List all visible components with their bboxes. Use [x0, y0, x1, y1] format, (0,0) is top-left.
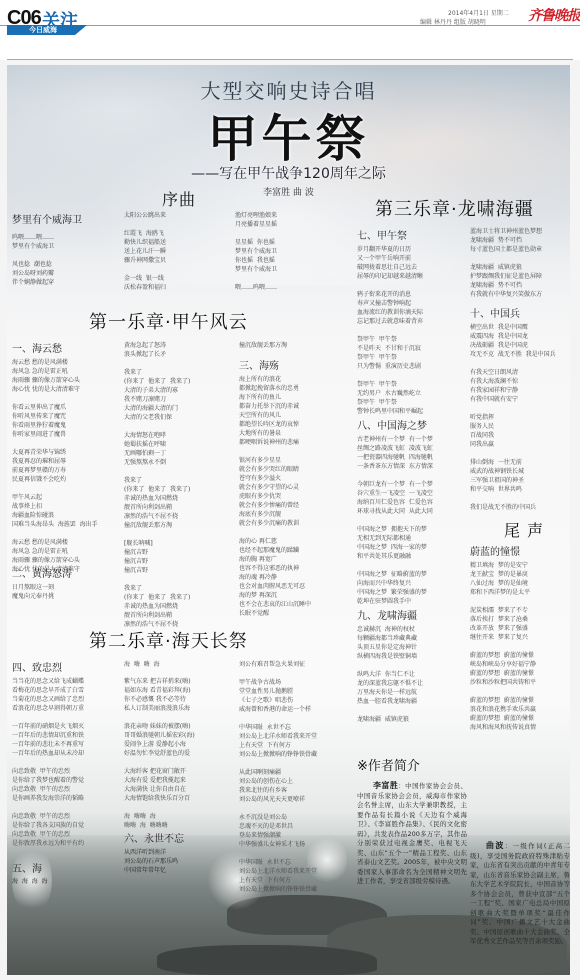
header-bottom-rule [7, 59, 573, 60]
chapter2-title: 第二乐章·海天长祭 [89, 627, 248, 653]
prelude-verse-3: 渔灯亮哩渔娘来 月亮播着星星摇 星星摇 你也摇 梦里有个威海卫 你也摇 我也摇 … [235, 211, 277, 292]
author-name: 李富胜 [373, 781, 398, 790]
section1-verse: 海云愁 愁的是风满楼 海风急 急的是雷正吼 海雨骤 骤的像万箭穿心头 海心忧 忧… [12, 358, 98, 574]
section3-heading: 三、海殇 [239, 357, 279, 372]
newspaper-logo: 齐鲁晚报 [528, 5, 580, 25]
section2-verse-end: 撞沉敌舰丢那方淘 [239, 341, 287, 350]
section4-heading: 四、致忠烈 [12, 659, 62, 674]
section4-verse: 当当花的思念又给飞成蝴蝶 看梅花的思念早开成了白雪 当菊花的思念又画给了忠烈 看… [12, 677, 84, 848]
subsection-tag: 今日威海 [7, 25, 87, 35]
prelude-verse-2: 太阳公公跳出来 红霞飞 海鸥飞 勤快儿织福船送 送上花儿汗一瞬 骤升神网撒宝贝 … [124, 211, 166, 292]
section2-heading: 二、黄海怒涛 [12, 565, 72, 580]
authors-intro-heading: ※作者简介 [357, 755, 420, 774]
chapter3-title: 第三乐章·龙啸海疆 [375, 195, 534, 221]
section8-verse: 古老神州有一个梦 有一个梦 丝绸之路凌波飞虹 凌波飞虹 一把瓷器四海驰帆 四海驰… [357, 435, 433, 606]
section9-verse: 忠诚赫沉 海神的权杖 每颗疆海都当珍藏典藏 头顶五星你是定海神针 纵横四海我是铁… [357, 625, 423, 724]
section8-heading: 八、中国海之梦 [357, 417, 427, 432]
author-bio-qu: 曲波：一级作词(正高二级)，享受国务院政府特殊津贴专家，山东省有突出贡献的中青年… [470, 841, 570, 947]
section6-verse-cont: 刘公有难召帮急火果刘征 甲午战争古战场 堂堂血性男儿抛鹅膛 《七子之歌》唱悲伤 … [239, 660, 317, 894]
section7-verse: 岁月翻开华夏的日历 又一个甲午岳响开前 破网拢着思壮自己远去 屈辱的印记却越来越… [357, 245, 423, 416]
section5-verse-cont: 紫气东来 把吉祥捎来(嗨) 福如东海 看青福彩拜(海) 你不必感慨 我不必等待 … [124, 677, 195, 830]
main-title: 甲午祭 [7, 99, 570, 171]
author-name: 曲波 [486, 841, 505, 850]
prelude-title: 序曲 [162, 187, 196, 210]
section3-verse: 海上所有的浪花 都掀起挽留落水的忠勇 海下所有的鱼儿 都奋力托举下沉的赤诚 天空… [239, 375, 311, 618]
section2-verse: 日月熬眼这一刻 魔鬼向元奉丹挑 [12, 583, 54, 601]
section9-verse-cont: 蓝海卫士将卫神州蓝色梦想 龙啸海疆 势不可挡 每寸蓝色国土都是蓝色勋章 龙啸海疆… [470, 227, 542, 299]
section10-verse: 横空出世 我是中国鹰 威震四海 我是中国龙 决战砺疆 我是中国虎 攻无不克 战无… [470, 323, 556, 512]
editor-credits: 编辑 林丹丹 组版 胡晓明 [420, 17, 486, 26]
section7-heading: 七、甲午祭 [357, 227, 407, 242]
header-rule [0, 25, 580, 26]
epilogue-verse: 精卫填海 梦的是安宁 龙王献宝 梦的是暴戾 八仙过海 梦的是仙境 郑和下西洋梦的… [470, 561, 536, 732]
section10-heading: 十、中国兵 [470, 305, 520, 320]
section6-verse: 从西洋听到南洋 刘公岛的石声那乐鸣 中国常年常年忆 [124, 848, 178, 875]
section9-heading: 九、龙啸海疆 [357, 607, 417, 622]
feature-page: 大型交响史诗合唱 甲午祭 ——写在甲午战争120周年之际 李富胜 曲 波 序曲 … [7, 65, 570, 975]
prelude-verse-1: 呜喂……喂…… 梦里有个威海卫 风也捻 潮也捻 刘公岛呀刘药瓣 伴个娴静做起穿 [12, 233, 54, 287]
chapter1-title: 第一乐章·甲午风云 [89, 308, 248, 334]
newspaper-header: C06 关注 今日威海 2014年4月1日 星期二 编辑 林丹丹 组版 胡晓明 … [0, 0, 580, 60]
epilogue-title: 尾 声 [504, 518, 544, 541]
prelude-heading: 梦里有个威海卫 [12, 211, 82, 226]
section1-heading: 一、海云愁 [12, 340, 62, 355]
rock-shape [157, 945, 377, 975]
issue-date: 2014年4月1日 星期二 [448, 8, 509, 17]
subtitle: ——写在甲午战争120周年之际 [7, 163, 570, 183]
section2-verse-cont: 黄海急起了怒涛 浪头掀起了长矛 我来了 (你来了 他来了 我来了) 大清的子弟大… [124, 341, 190, 629]
section5-heading: 五、海 [12, 860, 42, 875]
section6-heading: 六、永世不忘 [124, 830, 184, 845]
epilogue-heading: 蔚蓝的憧憬 [470, 543, 520, 558]
section5-verse: 海 海 海 海 [12, 877, 47, 886]
author-bio-li: 李富胜：中国作家协会会员、中国音乐家协会会员，威海市作家协会名誉主席，山东大学兼… [357, 781, 467, 887]
section5-verse-cont-head: 海 嗨 嗨 海 [124, 660, 159, 669]
